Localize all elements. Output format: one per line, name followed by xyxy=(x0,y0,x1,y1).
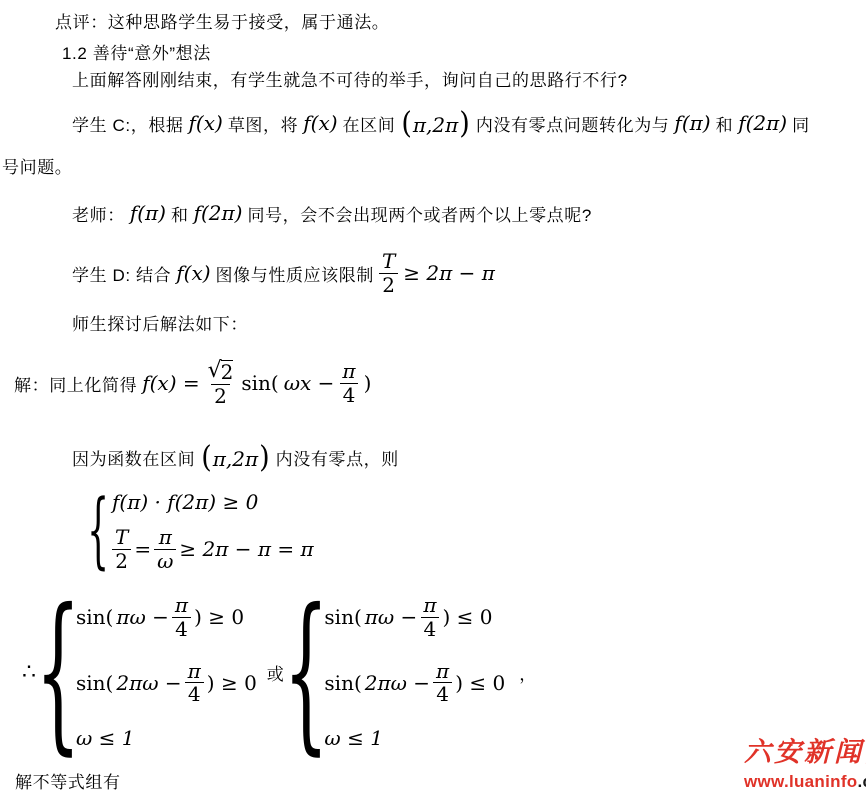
left-brace: { xyxy=(46,587,70,757)
or-connector: 或 xyxy=(267,660,285,685)
text-run: 和 xyxy=(716,111,734,136)
fraction-pi-over-4: π4 xyxy=(172,594,191,640)
left-paren: ( xyxy=(400,106,413,141)
fraction-sqrt2-over-2: √2 2 xyxy=(205,359,237,407)
inequality-tail: ) ≤ 0 xyxy=(442,605,492,629)
right-paren: ) xyxy=(258,440,271,475)
inequality-tail: ) ≥ 0 xyxy=(194,605,244,629)
left-brace: { xyxy=(88,490,108,572)
text-run: 同 xyxy=(792,111,810,136)
fraction-denominator: 2 xyxy=(379,273,398,296)
inequality-rest: ≥ 2π − π xyxy=(403,261,495,285)
therefore-symbol: ∴ xyxy=(22,660,36,685)
math-fx: f(x) xyxy=(176,261,210,285)
math-fx: f(x) xyxy=(189,111,223,135)
fraction-denominator: 4 xyxy=(172,617,191,640)
sin-argument: 2πω − xyxy=(116,671,181,695)
fraction-numerator: π xyxy=(172,594,191,616)
right-paren: ) xyxy=(458,106,471,141)
comment-line: 点评：这种思路学生易于接受，属于通法。 xyxy=(55,8,389,33)
because-line: 因为函数在区间 (π,2π) 内没有零点，则 xyxy=(72,438,399,476)
student-c-line: 学生 C:，根据 f(x) 草图，将 f(x) 在区间 (π,2π) 内没有零点… xyxy=(72,104,810,142)
site-logo-text: 六安新闻网 xyxy=(744,730,866,769)
interval-body: π,2π xyxy=(413,113,458,137)
math-f-2pi: f(2π) xyxy=(738,111,787,135)
fraction-pi-over-4: π 4 xyxy=(339,360,358,406)
fraction-pi-over-4: π4 xyxy=(433,660,452,706)
sin-argument: 2πω − xyxy=(365,671,430,695)
fraction-denominator: 4 xyxy=(433,682,452,705)
therefore-systems-line: ∴ { sin(πω − π4 ) ≥ 0 sin(2πω − π4 ) ≥ 0… xyxy=(22,584,537,760)
condition-system: { f(π) · f(2π) ≥ 0 T 2 = π ω ≥ 2π − π = … xyxy=(88,492,314,570)
radicand: 2 xyxy=(221,360,234,383)
math-fx: f(x) xyxy=(303,111,337,135)
solution-equation-line: 解：同上化简得 f(x) = √2 2 sin( ωx − π 4 ) xyxy=(14,352,371,414)
fraction-numerator: T xyxy=(379,250,398,272)
fraction-numerator: π xyxy=(420,594,439,616)
sin-function: sin( xyxy=(241,371,278,395)
text-run: 和 xyxy=(171,201,189,226)
fraction-numerator: π xyxy=(433,660,452,682)
student-c-line-continued: 号问题。 xyxy=(2,153,72,178)
system-a-rows: sin(πω − π4 ) ≥ 0 sin(2πω − π4 ) ≥ 0 ω ≤… xyxy=(76,594,257,750)
fraction-denominator: 2 xyxy=(211,384,230,407)
close-paren: ) xyxy=(364,371,372,395)
site-url: www.luaninfo.com xyxy=(744,772,866,792)
sqrt-expression: √2 xyxy=(208,360,234,383)
period-condition-row: T 2 = π ω ≥ 2π − π = π xyxy=(112,526,314,572)
system-b-rows: sin(πω − π4 ) ≤ 0 sin(2πω − π4 ) ≤ 0 ω ≤… xyxy=(324,594,505,750)
text-run: 内没有零点，则 xyxy=(276,445,399,470)
fraction-denominator: 2 xyxy=(112,549,131,572)
teacher-line: 老师： f(π) 和 f(2π) 同号，会不会出现两个或者两个以上零点呢? xyxy=(72,196,592,230)
math-interval: (π,2π) xyxy=(400,108,470,139)
system-b-row3: ω ≤ 1 xyxy=(324,726,505,750)
fraction-T-over-2: T 2 xyxy=(112,526,131,572)
fraction-denominator: 4 xyxy=(421,617,440,640)
math-f-2pi: f(2π) xyxy=(194,201,243,225)
section-heading: 1.2 善待“意外”想法 xyxy=(62,39,211,64)
discussion-line: 师生探讨后解法如下： xyxy=(72,310,248,335)
fraction-pi-over-omega: π ω xyxy=(154,526,176,572)
inequality-rest: ≥ 2π − π = π xyxy=(179,537,313,561)
text-run: 图像与性质应该限制 xyxy=(216,261,374,286)
sin-argument: πω − xyxy=(116,605,169,629)
fraction-numerator: √2 xyxy=(205,359,237,383)
document-page: { "page": { "background": "#ffffff", "te… xyxy=(0,0,866,796)
left-paren: ( xyxy=(200,440,213,475)
sin-function: sin( xyxy=(76,671,113,695)
text-run: 内没有零点问题转化为与 xyxy=(476,111,670,136)
text-run: 草图，将 xyxy=(228,111,298,136)
math-interval: (π,2π) xyxy=(200,442,270,473)
math-f-pi: f(π) xyxy=(130,201,166,225)
text-run: 解：同上化简得 xyxy=(14,371,137,396)
system-a-row1: sin(πω − π4 ) ≥ 0 xyxy=(76,594,257,640)
trailing-comma: ， xyxy=(519,660,537,685)
sin-function: sin( xyxy=(324,605,361,629)
system-a-row3: ω ≤ 1 xyxy=(76,726,257,750)
fraction-numerator: π xyxy=(156,526,175,548)
student-d-line: 学生 D: 结合 f(x) 图像与性质应该限制 T 2 ≥ 2π − π xyxy=(72,246,495,300)
left-brace: { xyxy=(294,587,318,757)
sin-argument: πω − xyxy=(365,605,418,629)
sin-argument: ωx − xyxy=(284,371,335,395)
radical-sign: √ xyxy=(208,360,222,382)
text-run: 同号，会不会出现两个或者两个以上零点呢? xyxy=(247,201,591,226)
intro-paragraph: 上面解答刚刚结束，有学生就急不可待的举手，询问自己的思路行不行? xyxy=(72,66,628,91)
text-run: 因为函数在区间 xyxy=(72,445,195,470)
site-url-tld: .com xyxy=(857,772,866,791)
text-run: 老师： xyxy=(72,201,125,226)
fraction-numerator: π xyxy=(339,360,358,382)
fraction-pi-over-4: π4 xyxy=(185,660,204,706)
fraction-denominator: 4 xyxy=(340,383,359,406)
equation-lead: f(x) = xyxy=(142,371,199,395)
system-b-row2: sin(2πω − π4 ) ≤ 0 xyxy=(324,660,505,706)
text-run: 在区间 xyxy=(343,111,396,136)
equals-sign: = xyxy=(134,537,151,561)
fraction-pi-over-4: π4 xyxy=(420,594,439,640)
solve-line: 解不等式组有 xyxy=(15,768,121,793)
fraction-T-over-2: T 2 xyxy=(379,250,398,296)
fraction-denominator: ω xyxy=(154,549,176,572)
fraction-numerator: T xyxy=(112,526,131,548)
math-f-pi: f(π) xyxy=(674,111,710,135)
system-a-row2: sin(2πω − π4 ) ≥ 0 xyxy=(76,660,257,706)
fraction-denominator: 4 xyxy=(185,682,204,705)
text-run: 学生 D: 结合 xyxy=(72,261,171,286)
sign-condition-row: f(π) · f(2π) ≥ 0 xyxy=(112,490,314,514)
fraction-numerator: π xyxy=(185,660,204,682)
sin-function: sin( xyxy=(76,605,113,629)
interval-body: π,2π xyxy=(213,447,258,471)
system-rows: f(π) · f(2π) ≥ 0 T 2 = π ω ≥ 2π − π = π xyxy=(112,490,314,572)
site-url-main: www.luaninfo xyxy=(744,772,857,791)
system-b-row1: sin(πω − π4 ) ≤ 0 xyxy=(324,594,505,640)
inequality-tail: ) ≤ 0 xyxy=(455,671,505,695)
text-run: 学生 C:，根据 xyxy=(72,111,184,136)
inequality-tail: ) ≥ 0 xyxy=(207,671,257,695)
sin-function: sin( xyxy=(324,671,361,695)
watermark: 六安新闻网 www.luaninfo.com xyxy=(744,730,866,792)
